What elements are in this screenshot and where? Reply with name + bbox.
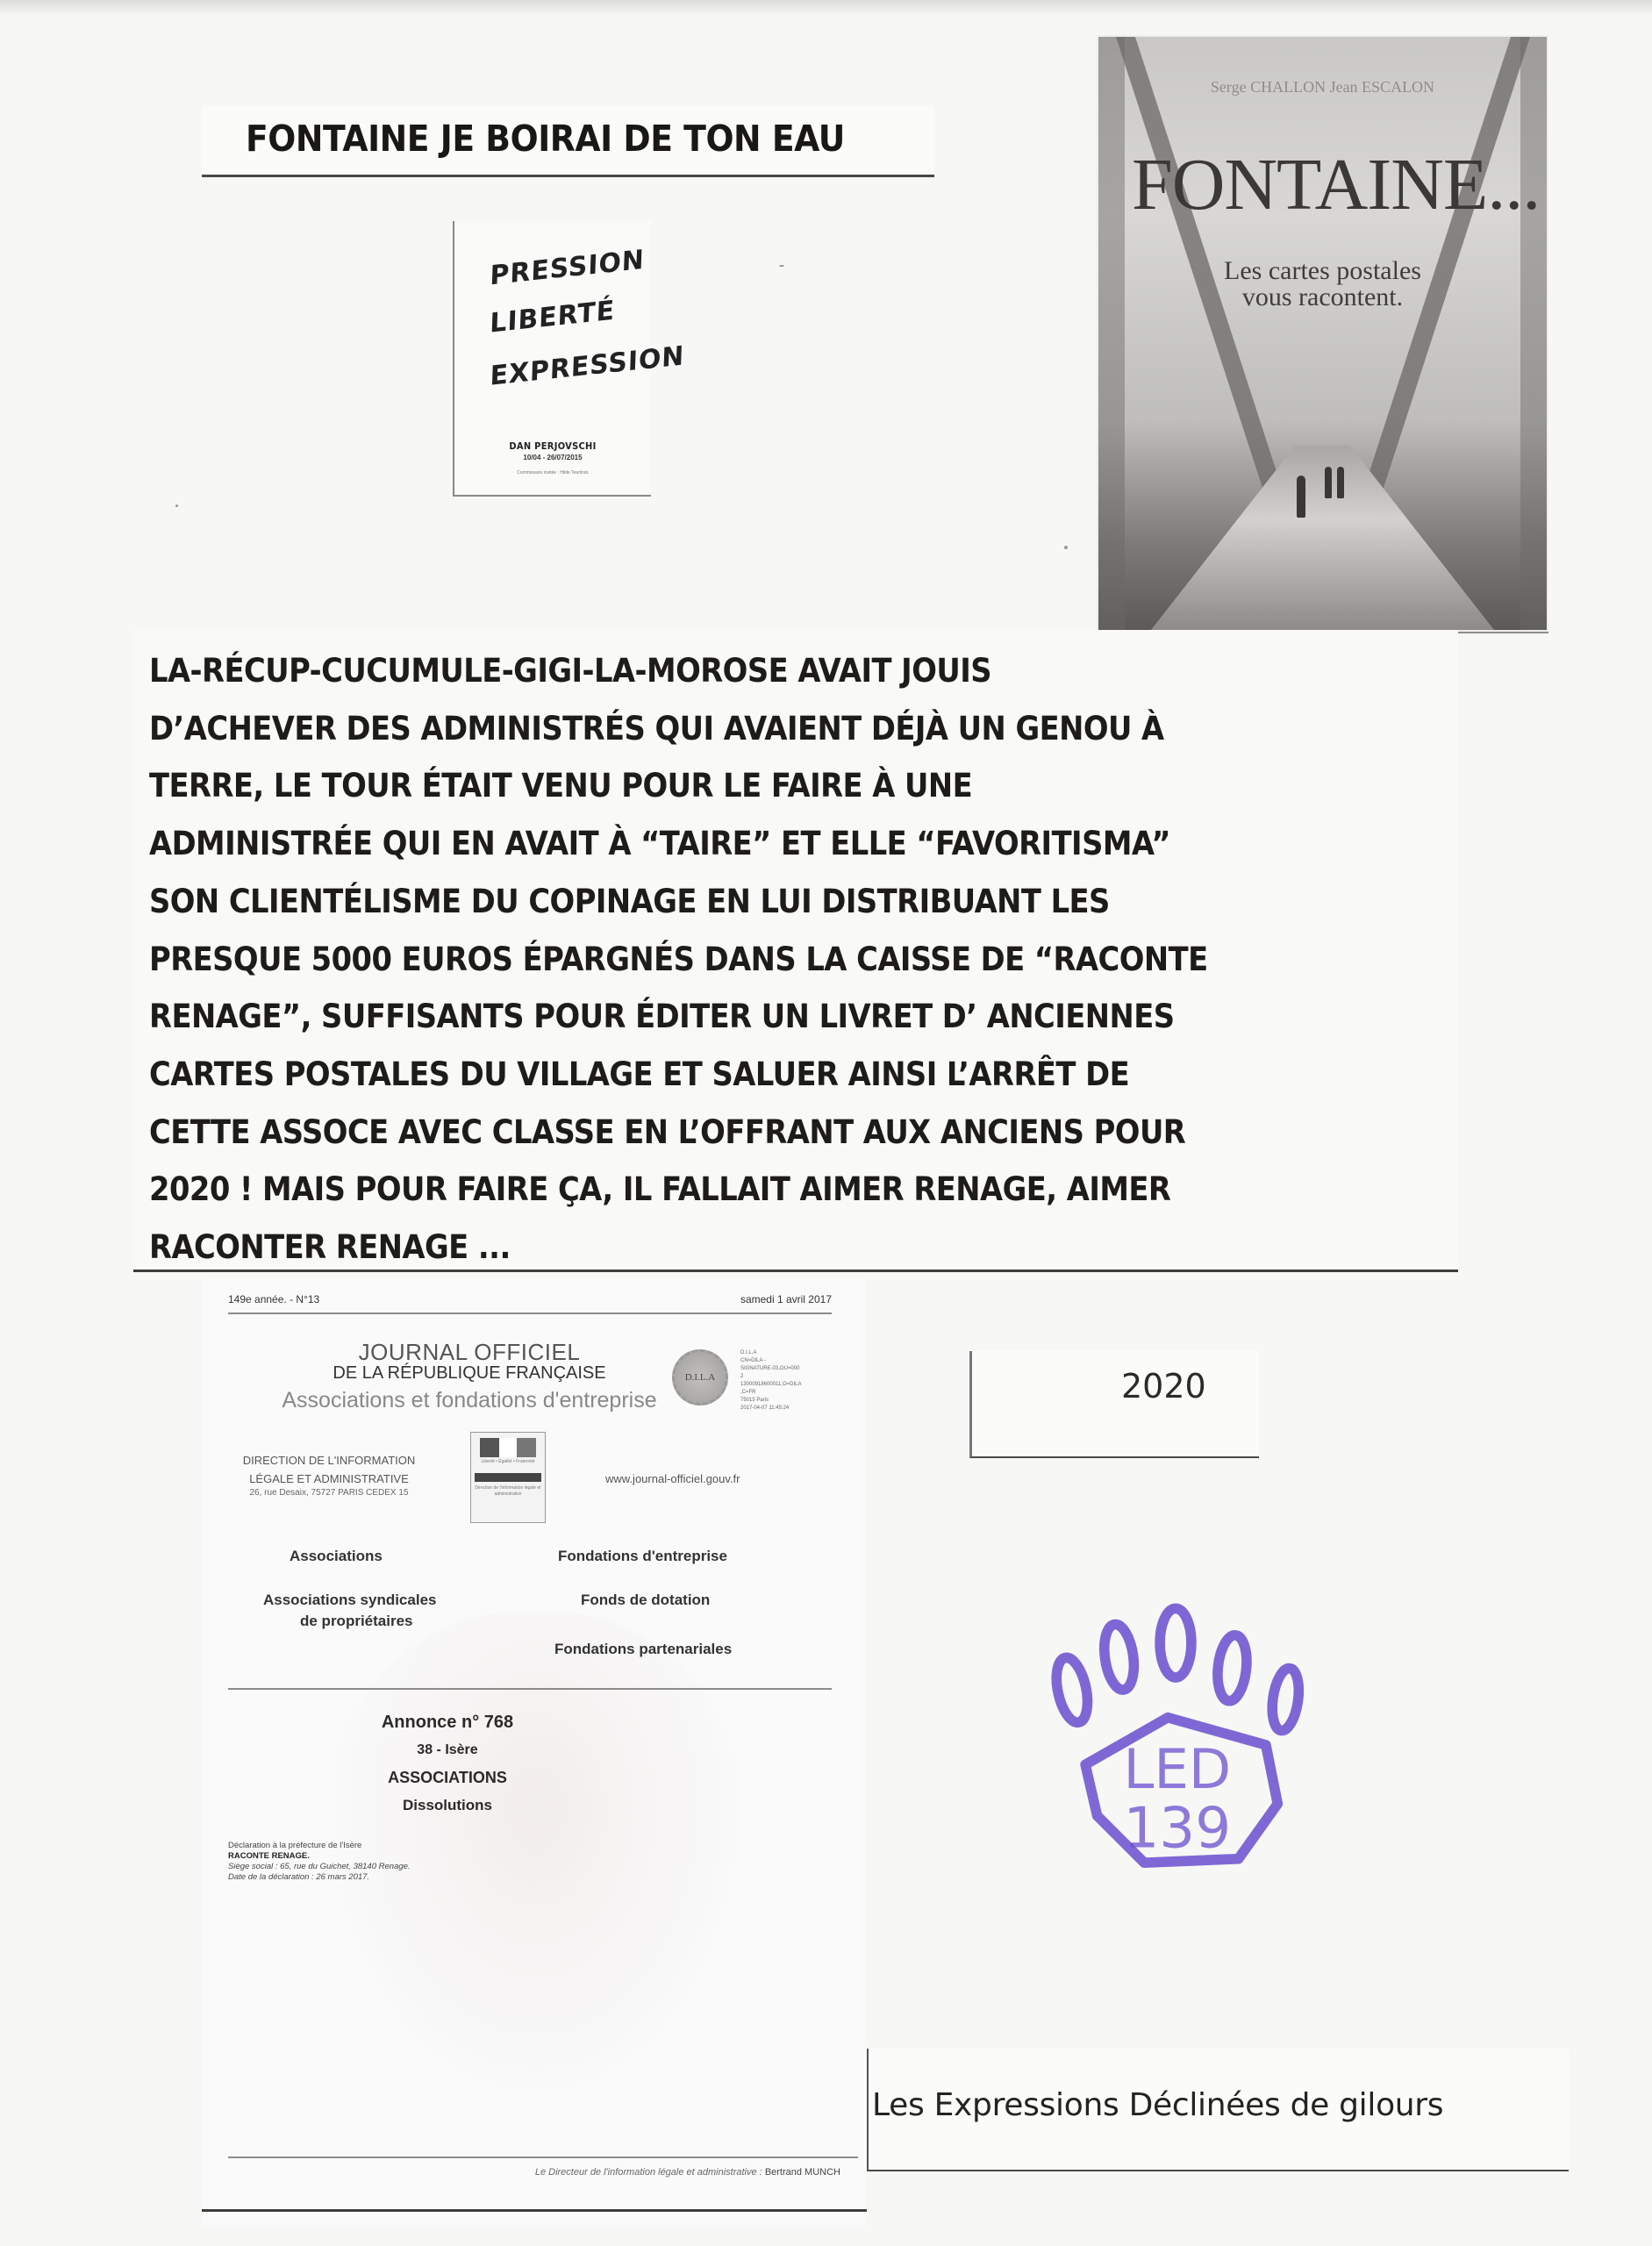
category-proprietaires: de propriétaires bbox=[300, 1613, 413, 1630]
direction-line: LÉGALE ET ADMINISTRATIVE bbox=[228, 1470, 430, 1488]
scan-speck bbox=[175, 504, 178, 507]
divider bbox=[228, 1313, 832, 1314]
year-label: 2020 bbox=[969, 1351, 1259, 1458]
journal-section-title: Associations et fondations d'entreprise bbox=[202, 1388, 737, 1413]
bridge-pillar bbox=[1520, 37, 1547, 632]
divider bbox=[228, 2157, 858, 2158]
bridge-deck bbox=[1151, 446, 1494, 630]
card-curator: Commissaire invitée : Hilde Teerlinck bbox=[454, 470, 651, 476]
annonce-number: Annonce n° 768 bbox=[202, 1713, 693, 1733]
siege-social: Siège social : 65, rue du Guichet, 38140… bbox=[228, 1862, 411, 1872]
category-associations-syndicales: Associations syndicales bbox=[263, 1592, 436, 1609]
paragraph-line: RENAGE”, SUFFISANTS POUR ÉDITER UN LIVRE… bbox=[149, 988, 1318, 1046]
card-dates: 10/04 - 26/07/2015 bbox=[454, 454, 651, 461]
divider bbox=[202, 2209, 867, 2212]
journal-title: JOURNAL OFFICIEL bbox=[202, 1339, 737, 1366]
book-authors: Serge CHALLON Jean ESCALON bbox=[1098, 78, 1547, 97]
category-associations: Associations bbox=[290, 1548, 383, 1565]
bridge-pillar bbox=[1098, 37, 1125, 632]
director-label: Le Directeur de l'information légale et … bbox=[535, 2167, 762, 2178]
scan-edge bbox=[0, 0, 1652, 16]
category-fondations-entreprise: Fondations d'entreprise bbox=[558, 1548, 727, 1565]
declaration-date: Date de la déclaration : 26 mars 2017. bbox=[228, 1872, 411, 1883]
logo-motto: Liberté • Égalité • Fraternité bbox=[475, 1459, 541, 1465]
title-text: FONTAINE JE BOIRAI DE TON EAU bbox=[246, 118, 845, 160]
book-cover: Serge CHALLON Jean ESCALON FONTAINE... L… bbox=[1097, 35, 1548, 632]
book-subtitle: vous racontent. bbox=[1098, 283, 1547, 312]
main-paragraph-clip: LA-RÉCUP-CUCUMULE-GIGI-LA-MOROSE AVAIT J… bbox=[133, 630, 1458, 1272]
handwritten-line: EXPRESSION bbox=[490, 340, 685, 392]
republique-francaise-logo: Liberté • Égalité • Fraternité Direction… bbox=[470, 1432, 546, 1523]
year-text: 2020 bbox=[1121, 1367, 1206, 1406]
paragraph-line: CARTES POSTALES DU VILLAGE ET SALUER AIN… bbox=[149, 1046, 1318, 1104]
paragraph-line: ADMINISTRÉE QUI EN AVAIT À “TAIRE” ET EL… bbox=[149, 815, 1318, 873]
stamp-line2: 139 bbox=[1123, 1795, 1231, 1861]
scan-speck bbox=[779, 265, 784, 267]
signature-text: Les Expressions Déclinées de gilours bbox=[872, 2087, 1443, 2123]
paragraph-line: LA-RÉCUP-CUCUMULE-GIGI-LA-MOROSE AVAIT J… bbox=[149, 642, 1318, 700]
walking-figure bbox=[1297, 476, 1305, 518]
declaration-text: Déclaration à la préfecture de l'Isère bbox=[228, 1841, 411, 1851]
annonce-subsection: Dissolutions bbox=[202, 1797, 693, 1814]
paragraph-line: D’ACHEVER DES ADMINISTRÉS QUI AVAIENT DÉ… bbox=[149, 700, 1318, 758]
annonce-department: 38 - Isère bbox=[202, 1742, 693, 1758]
paragraph-line: SON CLIENTÉLISME DU COPINAGE EN LUI DIST… bbox=[149, 873, 1318, 931]
card-artist: DAN PERJOVSCHI bbox=[454, 440, 651, 452]
marianne-flag-icon bbox=[480, 1438, 536, 1457]
category-fondations-partenariales: Fondations partenariales bbox=[554, 1641, 732, 1658]
stamp-line1: LED bbox=[1123, 1737, 1231, 1801]
handwritten-line: LIBERTÉ bbox=[490, 295, 616, 339]
walking-figure bbox=[1325, 467, 1332, 498]
paragraph-line: 2020 ! MAIS POUR FAIRE ÇA, IL FALLAIT AI… bbox=[149, 1161, 1318, 1219]
paragraph-line: CETTE ASSOCE AVEC CLASSE EN L’OFFRANT AU… bbox=[149, 1104, 1318, 1162]
paw-stamp-icon: LED 139 bbox=[1026, 1588, 1325, 1886]
direction-address: 26, rue Desaix, 75727 PARIS CEDEX 15 bbox=[228, 1488, 430, 1498]
paragraph-line: TERRE, LE TOUR ÉTAIT VENU POUR LE FAIRE … bbox=[149, 757, 1318, 815]
divider bbox=[228, 1688, 832, 1690]
category-fonds-dotation: Fonds de dotation bbox=[581, 1592, 710, 1609]
exhibition-card: PRESSION LIBERTÉ EXPRESSION DAN PERJOVSC… bbox=[453, 221, 651, 497]
director-line: Le Directeur de l'information légale et … bbox=[535, 2167, 840, 2178]
book-title: FONTAINE... bbox=[1132, 142, 1540, 227]
journal-subtitle: DE LA RÉPUBLIQUE FRANÇAISE bbox=[202, 1363, 737, 1384]
logo-band bbox=[475, 1473, 541, 1482]
paragraph-line: PRESQUE 5000 EUROS ÉPARGNÉS DANS LA CAIS… bbox=[149, 931, 1318, 989]
scan-speck bbox=[1064, 546, 1068, 549]
signature-metadata: D.I.L.A CN=DILA - SIGNATURE-03,OU=000 2 … bbox=[740, 1349, 801, 1413]
handwritten-line: PRESSION bbox=[490, 245, 645, 292]
director-name: Bertrand MUNCH bbox=[765, 2167, 840, 2178]
journal-date: samedi 1 avril 2017 bbox=[740, 1293, 832, 1305]
logo-caption: Direction de l'information légale et adm… bbox=[475, 1485, 541, 1498]
direction-line: DIRECTION DE L'INFORMATION bbox=[228, 1451, 430, 1470]
signature-label: Les Expressions Déclinées de gilours bbox=[867, 2049, 1569, 2171]
journal-url: www.journal-officiel.gouv.fr bbox=[605, 1472, 740, 1485]
dila-seal-icon: D.I.L.A bbox=[672, 1349, 728, 1406]
main-paragraph: LA-RÉCUP-CUCUMULE-GIGI-LA-MOROSE AVAIT J… bbox=[149, 642, 1318, 1277]
declaration-block: Déclaration à la préfecture de l'Isère R… bbox=[228, 1841, 411, 1883]
direction-block: DIRECTION DE L'INFORMATION LÉGALE ET ADM… bbox=[228, 1451, 430, 1498]
annonce-section: ASSOCIATIONS bbox=[202, 1769, 693, 1787]
association-name: RACONTE RENAGE. bbox=[228, 1851, 411, 1862]
title-strip: FONTAINE JE BOIRAI DE TON EAU bbox=[202, 105, 934, 177]
walking-figure bbox=[1337, 467, 1344, 498]
journal-officiel-clipping: 149e année. - N°13 samedi 1 avril 2017 J… bbox=[202, 1279, 867, 2227]
paragraph-line: RACONTER RENAGE ... bbox=[149, 1219, 1318, 1277]
book-subtitle: Les cartes postales bbox=[1098, 256, 1547, 286]
journal-issue: 149e année. - N°13 bbox=[228, 1293, 319, 1305]
